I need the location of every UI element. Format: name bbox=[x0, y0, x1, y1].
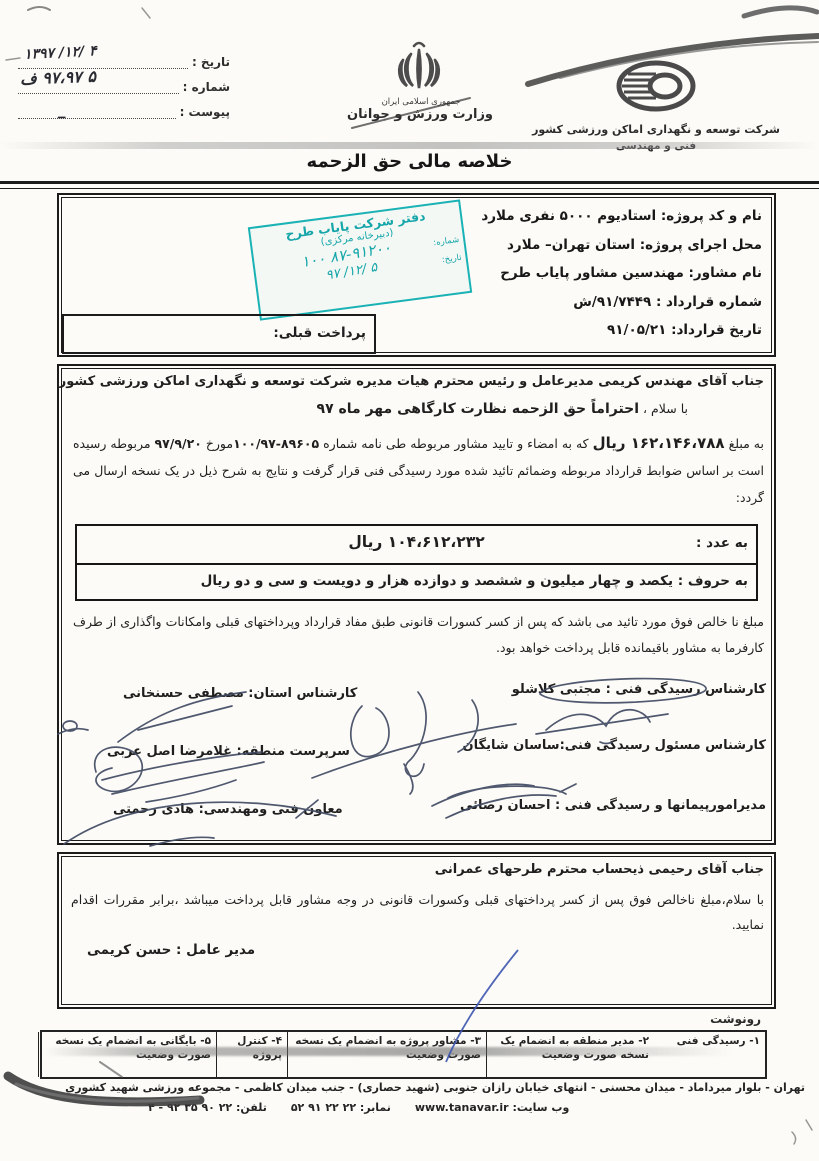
project-location-value: استان تهران– ملارد bbox=[507, 237, 635, 253]
amount-words-row: به حروف : یکصد و چهار میلیون و ششصد و دو… bbox=[77, 565, 756, 589]
company-name: شرکت توسعه و نگهداری اماکن ورزشی کشور bbox=[528, 123, 784, 136]
top-left-scribble bbox=[28, 7, 50, 10]
handwritten-date: ۴ /۱۲/ ۱۳۹۷ bbox=[24, 43, 97, 63]
footer-fax: نمابر: ۵۲ ۹۱ ۲۲ ۲۲ bbox=[291, 1101, 391, 1114]
meta-number-row: شماره : ۵ ۹۷،۹۷ ف bbox=[14, 69, 230, 94]
bottom-right-mark bbox=[792, 1132, 796, 1144]
letter-ref-no: ۱۰۰/۹۷-۸۹۶۰۵ bbox=[233, 436, 319, 451]
gross-currency: ریال bbox=[593, 434, 626, 452]
title-rule-thick bbox=[0, 181, 819, 184]
project-name-label: نام و کد پروژه: bbox=[661, 208, 762, 224]
country-name: جمهوری اسلامی ایران bbox=[348, 97, 494, 107]
consultant-value: مهندسین مشاور پایاب طرح bbox=[500, 265, 684, 281]
bottom-right-tick bbox=[806, 1120, 812, 1130]
previous-payment-label: پرداخت قبلی: bbox=[273, 325, 366, 341]
top-corner-smudge bbox=[744, 8, 817, 16]
sig-region-supervisor: سرپرست منطقه: غلامرضا اصل عربی bbox=[107, 744, 350, 759]
payment-order-box: جناب آقای رحیمی ذیحساب محترم طرحهای عمرا… bbox=[57, 852, 776, 1009]
sig-senior-reviewer: کارشناس مسئول رسیدگی فنی:ساسان شایگان bbox=[463, 738, 766, 753]
sig-reviewer: کارشناس رسیدگی فنی : مجتبی کلاشلو bbox=[512, 682, 766, 697]
number-dotted-line: ۵ ۹۷،۹۷ ف bbox=[18, 80, 179, 94]
document-title: خلاصه مالی حق الزحمه bbox=[0, 151, 819, 172]
top-left-tick bbox=[142, 8, 150, 18]
contract-no-value: ۹۱/۷۴۴۹/ش bbox=[573, 294, 651, 310]
consultant-label: نام مشاور: bbox=[689, 265, 762, 281]
attachment-label: پیوست : bbox=[180, 105, 230, 119]
letter-subject: احتراماً حق الزحمه نظارت کارگاهی مهر ماه… bbox=[317, 401, 640, 417]
amount-words-label: به حروف : bbox=[678, 573, 748, 589]
body-text-3: مورخ bbox=[206, 436, 233, 451]
letter-body: به مبلغ ۱۶۲،۱۴۶،۷۸۸ ریال که به امضاء و ت… bbox=[73, 430, 764, 511]
amount-numeric-row: به عدد : ۱۰۴،۶۱۲،۲۳۲ ریال bbox=[77, 526, 756, 565]
header-meta: تاریخ : ۴ /۱۲/ ۱۳۹۷ شماره : ۵ ۹۷،۹۷ ف پی… bbox=[14, 44, 230, 119]
project-name-value: استادیوم ۵۰۰۰ نفری ملارد bbox=[481, 208, 656, 224]
footer-address: تهران - بلوار میرداماد - میدان محسنی - ا… bbox=[96, 1081, 805, 1094]
managing-director-signature-line: مدیر عامل : حسن کریمی bbox=[87, 942, 255, 958]
contract-date-label: تاریخ قرارداد: bbox=[671, 322, 762, 338]
approval-note: مبلغ نا خالص فوق مورد تائید می باشد که پ… bbox=[73, 609, 764, 661]
project-location-label: محل اجرای پروژه: bbox=[640, 237, 762, 253]
previous-payment-box: پرداخت قبلی: bbox=[62, 314, 376, 354]
salutation: با سلام ، bbox=[643, 401, 688, 416]
handwritten-attachment: ــ bbox=[58, 107, 65, 121]
footer-phone: تلفن: ۴ - ۹۲ ۳۵ ۹۰ ۲۲ bbox=[148, 1101, 267, 1114]
footer-website: وب سایت: www.tanavar.ir bbox=[415, 1101, 569, 1114]
scan-streak bbox=[0, 142, 819, 149]
payment-order-body: با سلام،مبلغ ناخالص فوق پس از کسر پرداخت… bbox=[71, 887, 764, 937]
letter-ref-date: ۹۷/۹/۲۰ bbox=[155, 436, 202, 451]
meta-attachment-row: پیوست : ــ bbox=[14, 94, 230, 119]
title-rule-thin bbox=[0, 188, 819, 189]
distribution-title: رونوشت bbox=[710, 1012, 761, 1026]
gross-amount: ۱۶۲،۱۴۶،۷۸۸ bbox=[631, 434, 725, 452]
sig-contracts-manager: مدیرامورپیمانها و رسیدگی فنی : احسان رضا… bbox=[460, 798, 766, 813]
body-text-2: که به امضاء و تایید مشاور مربوطه طی نامه… bbox=[323, 436, 589, 451]
sig-province-expert: کارشناس استان: مصطفی حسنخانی bbox=[123, 686, 357, 701]
sig-technical-deputy: معاون فنی ومهندسی: هادی رحمتی bbox=[113, 802, 343, 817]
number-label: شماره : bbox=[183, 80, 230, 94]
scanned-document-page: تاریخ : ۴ /۱۲/ ۱۳۹۷ شماره : ۵ ۹۷،۹۷ ف پی… bbox=[0, 0, 819, 1161]
ministry-name: وزارت ورزش و جوانان bbox=[334, 107, 506, 122]
footer-contact-line: تلفن: ۴ - ۹۲ ۳۵ ۹۰ ۲۲ نمابر: ۵۲ ۹۱ ۲۲ ۲۲… bbox=[148, 1101, 608, 1114]
letter-salutation-line: با سلام ، احتراماً حق الزحمه نظارت کارگا… bbox=[317, 401, 688, 417]
meta-date-row: تاریخ : ۴ /۱۲/ ۱۳۹۷ bbox=[14, 44, 230, 69]
contract-date-value: ۹۱/۰۵/۲۱ bbox=[607, 322, 666, 338]
stamp-number-label: شماره: bbox=[433, 235, 460, 248]
amount-words-value: یکصد و چهار میلیون و ششصد و دوازده هزار … bbox=[201, 573, 673, 589]
amount-numeric-value: ۱۰۴،۶۱۲،۲۳۲ ریال bbox=[77, 533, 756, 551]
project-info-box: نام و کد پروژه: استادیوم ۵۰۰۰ نفری ملارد… bbox=[57, 193, 776, 357]
contract-no-label: شماره قرارداد : bbox=[656, 294, 762, 310]
scan-smudge-band bbox=[44, 1047, 732, 1056]
amount-table: به عدد : ۱۰۴،۶۱۲،۲۳۲ ریال به حروف : یکصد… bbox=[75, 524, 758, 601]
handwritten-number: ۵ ۹۷،۹۷ ف bbox=[20, 67, 96, 89]
body-text-1: به مبلغ bbox=[729, 436, 764, 451]
stamp-date-label: تاریخ: bbox=[441, 252, 462, 264]
letter-recipient: جناب آقای مهندس کریمی مدیرعامل و رئیس مح… bbox=[59, 374, 764, 389]
letter-box: جناب آقای مهندس کریمی مدیرعامل و رئیس مح… bbox=[57, 364, 776, 845]
company-logo-icon bbox=[612, 56, 700, 118]
payment-order-recipient: جناب آقای رحیمی ذیحساب محترم طرحهای عمرا… bbox=[435, 862, 764, 877]
date-dotted-line: ۴ /۱۲/ ۱۳۹۷ bbox=[18, 55, 188, 69]
date-label: تاریخ : bbox=[192, 55, 230, 69]
attachment-dotted-line: ــ bbox=[18, 105, 176, 119]
iran-emblem-icon bbox=[390, 40, 448, 96]
